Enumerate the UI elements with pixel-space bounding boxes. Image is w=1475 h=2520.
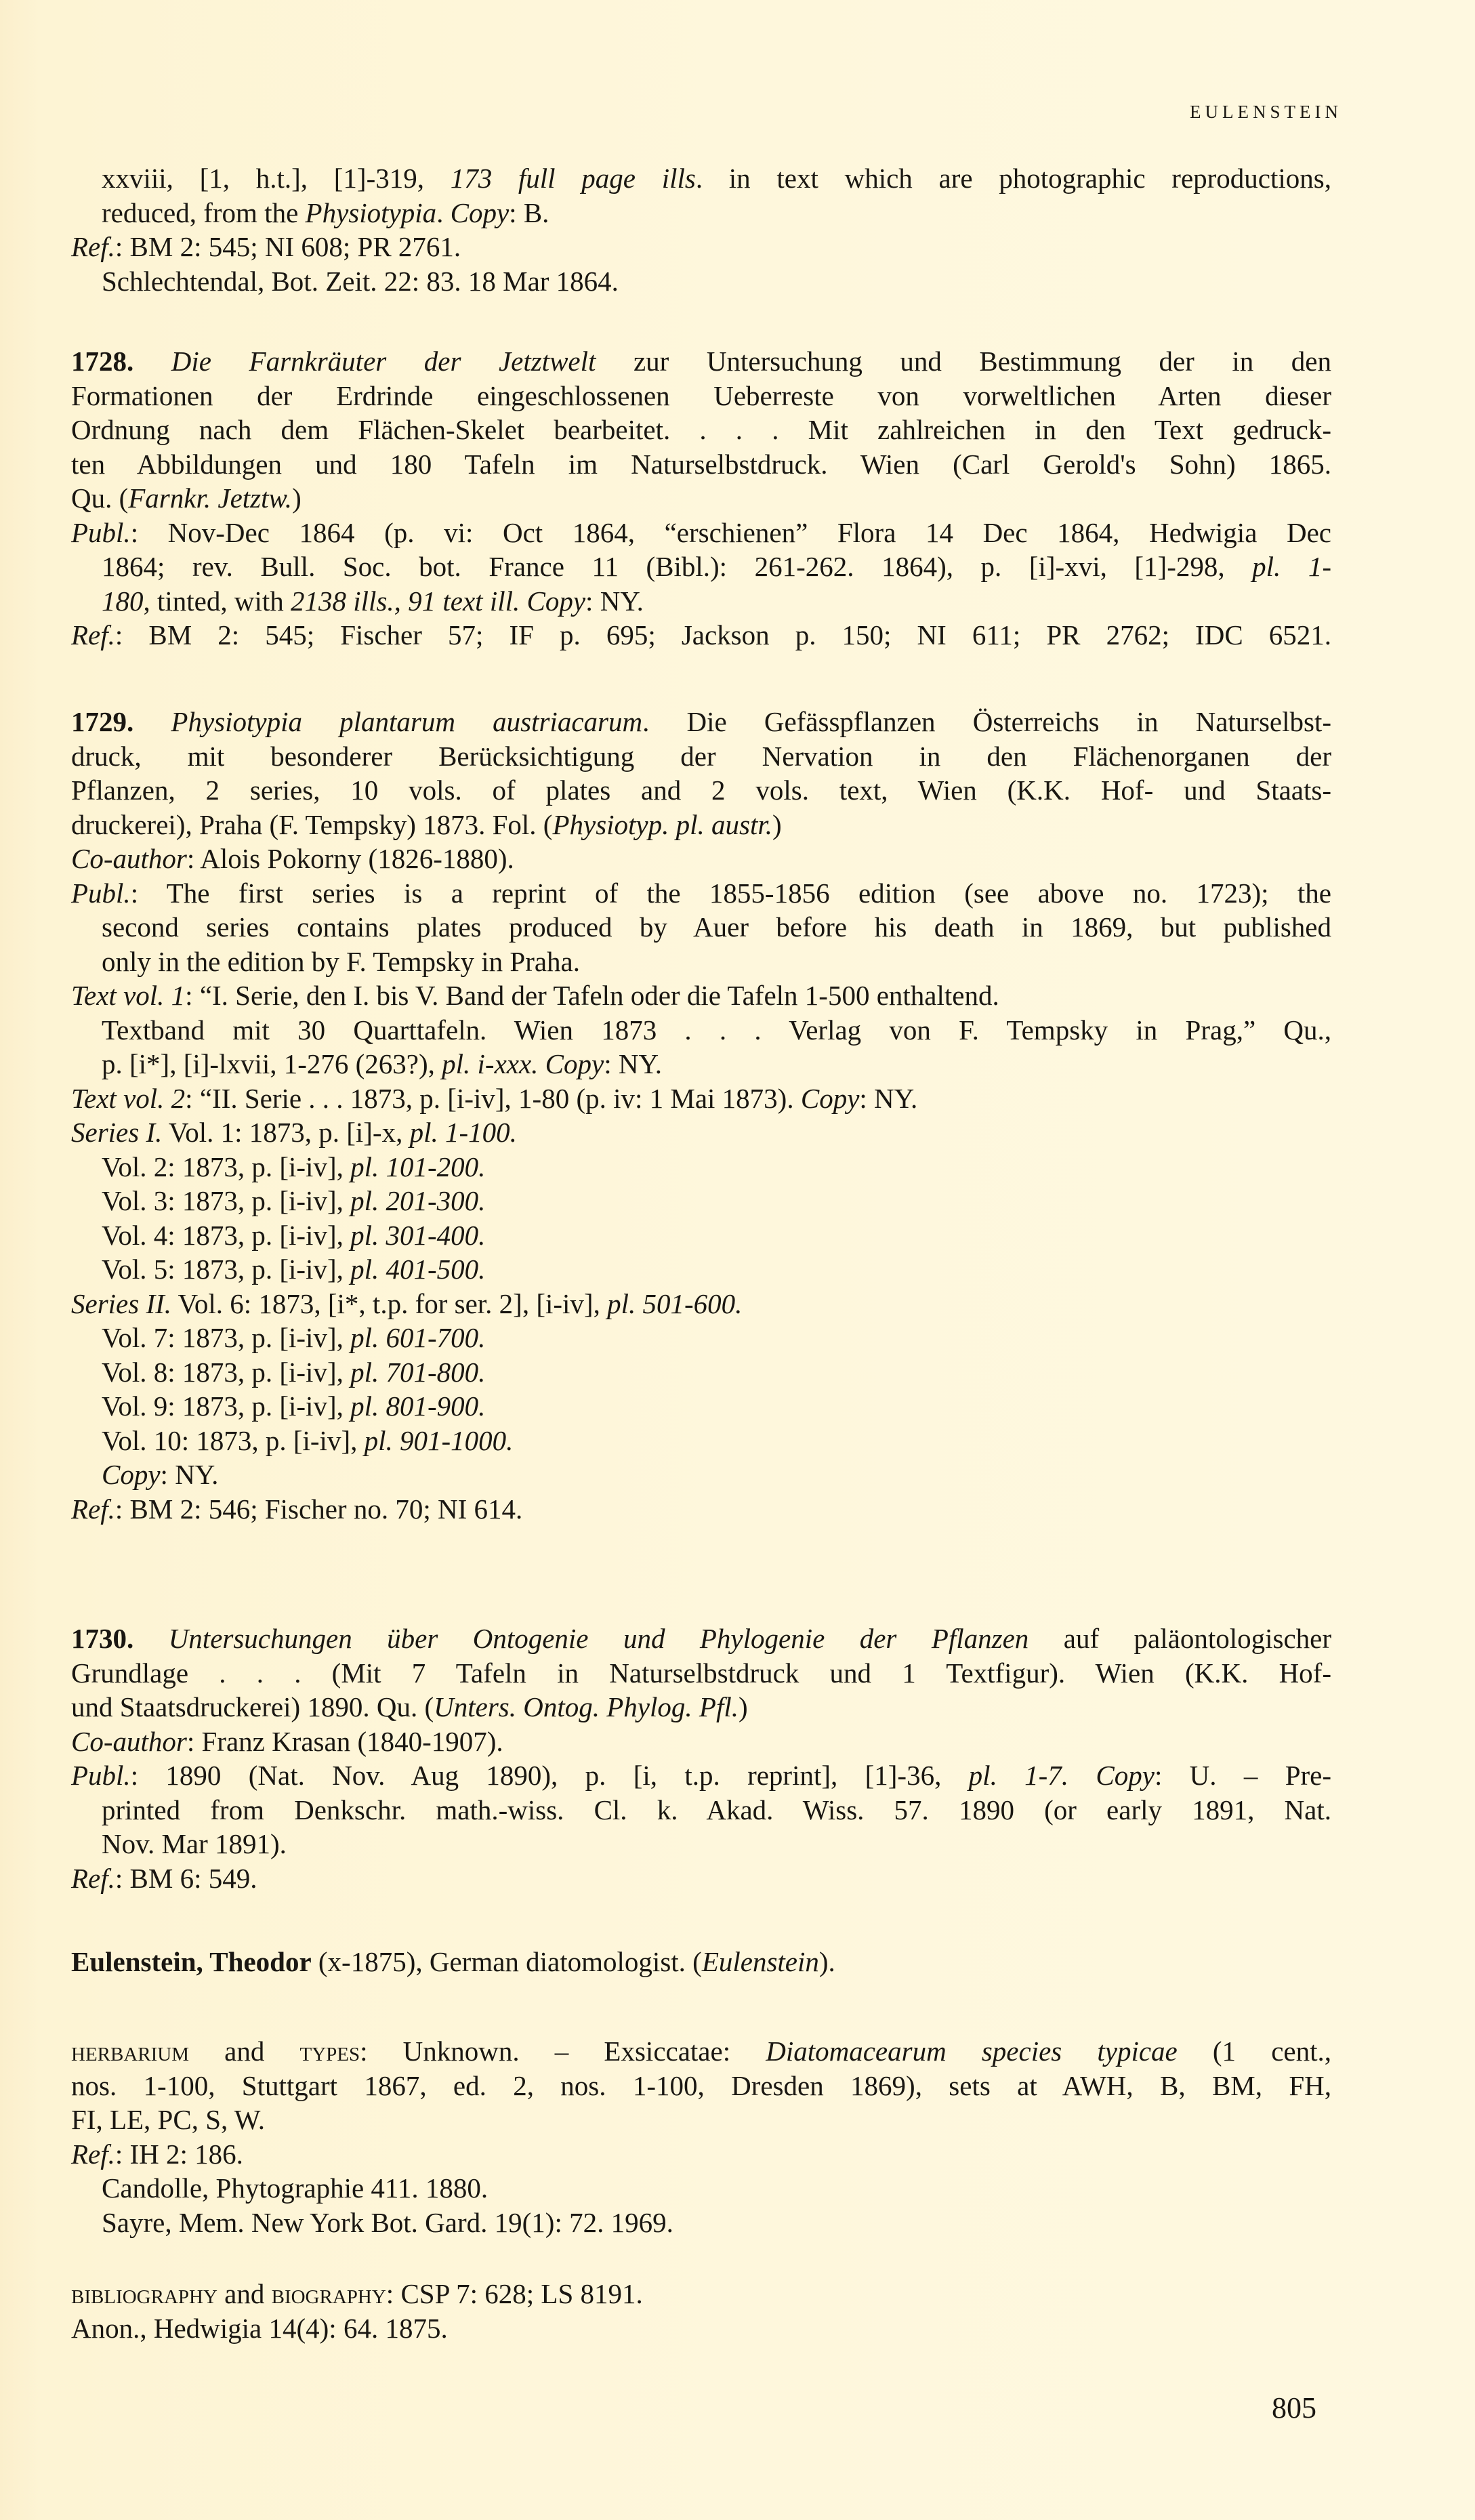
text-line: Grundlage . . . (Mit 7 Tafeln in Naturse… bbox=[71, 1656, 1331, 1691]
series-line: Vol. 7: 1873, p. [i-iv], pl. 601-700. bbox=[71, 1321, 1331, 1355]
text-line: Formationen der Erdrinde eingeschlossene… bbox=[71, 379, 1331, 413]
text-line: druck, mit besonderer Berücksichtigung d… bbox=[71, 739, 1331, 774]
ref-line: Ref.: BM 2: 545; NI 608; PR 2761. bbox=[71, 230, 1331, 264]
ref-line: Ref.: BM 2: 546; Fischer no. 70; NI 614. bbox=[71, 1492, 1331, 1527]
copy-line: Copy: NY. bbox=[71, 1458, 1331, 1492]
entry-1729: 1729. Physiotypia plantarum austriacarum… bbox=[71, 705, 1331, 1526]
entry-1728: 1728. Die Farnkräuter der Jetztwelt zur … bbox=[71, 344, 1331, 653]
coauthor-line: Co-author: Franz Krasan (1840-1907). bbox=[71, 1724, 1331, 1759]
series-line: Vol. 3: 1873, p. [i-iv], pl. 201-300. bbox=[71, 1184, 1331, 1218]
text-line: Textband mit 30 Quarttafeln. Wien 1873 .… bbox=[71, 1013, 1331, 1048]
entry-heading: 1728. Die Farnkräuter der Jetztwelt zur … bbox=[71, 344, 1331, 379]
running-head: EULENSTEIN bbox=[1190, 102, 1342, 123]
book-page: EULENSTEIN xxviii, [1, h.t.], [1]-319, 1… bbox=[0, 0, 1475, 2520]
text-line: 1864; rev. Bull. Soc. bot. France 11 (Bi… bbox=[71, 550, 1331, 584]
entry-heading: 1729. Physiotypia plantarum austriacarum… bbox=[71, 705, 1331, 739]
text-line: FI, LE, PC, S, W. bbox=[71, 2103, 1331, 2137]
text-line: p. [i*], [i]-lxvii, 1-276 (263?), pl. i-… bbox=[71, 1047, 1331, 1081]
series-line: Vol. 5: 1873, p. [i-iv], pl. 401-500. bbox=[71, 1252, 1331, 1287]
text-line: Anon., Hedwigia 14(4): 64. 1875. bbox=[71, 2311, 1331, 2346]
author-entry: Eulenstein, Theodor (x-1875), German dia… bbox=[71, 1945, 1331, 1979]
text-line: ten Abbildungen und 180 Tafeln im Naturs… bbox=[71, 447, 1331, 482]
bibliography-block: Bibliography and Biography: CSP 7: 628; … bbox=[71, 2277, 1331, 2345]
author-name: Eulenstein, Theodor bbox=[71, 1946, 312, 1977]
text-line: Schlechtendal, Bot. Zeit. 22: 83. 18 Mar… bbox=[71, 264, 1331, 299]
text-line: und Staatsdruckerei) 1890. Qu. (Unters. … bbox=[71, 1690, 1331, 1724]
entry-1730: 1730. Untersuchungen über Ontogenie und … bbox=[71, 1622, 1331, 1895]
ref-line: Ref.: BM 6: 549. bbox=[71, 1861, 1331, 1896]
text-line: only in the edition by F. Tempsky in Pra… bbox=[71, 945, 1331, 979]
page-number: 805 bbox=[1272, 2391, 1316, 2425]
series-line: Vol. 2: 1873, p. [i-iv], pl. 101-200. bbox=[71, 1150, 1331, 1184]
text-line: printed from Denkschr. math.-wiss. Cl. k… bbox=[71, 1793, 1331, 1827]
series-line: Series I. Vol. 1: 1873, p. [i]-x, pl. 1-… bbox=[71, 1115, 1331, 1150]
text-line: Candolle, Phytographie 411. 1880. bbox=[71, 2171, 1331, 2206]
text-line: Nov. Mar 1891). bbox=[71, 1827, 1331, 1861]
text-line: reduced, from the Physiotypia. Copy: B. bbox=[71, 196, 1331, 230]
text-vol-2-line: Text vol. 2: “II. Serie . . . 1873, p. [… bbox=[71, 1081, 1331, 1116]
coauthor-line: Co-author: Alois Pokorny (1826-1880). bbox=[71, 842, 1331, 876]
bibliography-line: Bibliography and Biography: CSP 7: 628; … bbox=[71, 2277, 1331, 2311]
text-line: nos. 1-100, Stuttgart 1867, ed. 2, nos. … bbox=[71, 2069, 1331, 2103]
text-line: Pflanzen, 2 series, 10 vols. of plates a… bbox=[71, 773, 1331, 808]
text-vol-1-line: Text vol. 1: “I. Serie, den I. bis V. Ba… bbox=[71, 978, 1331, 1013]
text-line: xxviii, [1, h.t.], [1]-319, 173 full pag… bbox=[71, 161, 1331, 196]
herbarium-line: Herbarium and Types: Unknown. – Exsiccat… bbox=[71, 2034, 1331, 2069]
ref-line: Ref.: BM 2: 545; Fischer 57; IF p. 695; … bbox=[71, 618, 1331, 653]
author-heading: Eulenstein, Theodor (x-1875), German dia… bbox=[71, 1945, 1331, 1979]
publ-line: Publ.: 1890 (Nat. Nov. Aug 1890), p. [i,… bbox=[71, 1758, 1331, 1793]
series-line: Vol. 10: 1873, p. [i-iv], pl. 901-1000. bbox=[71, 1424, 1331, 1458]
ref-line: Ref.: IH 2: 186. bbox=[71, 2137, 1331, 2172]
continuation-block: xxviii, [1, h.t.], [1]-319, 173 full pag… bbox=[71, 161, 1331, 298]
herbarium-block: Herbarium and Types: Unknown. – Exsiccat… bbox=[71, 2034, 1331, 2239]
publ-line: Publ.: The first series is a reprint of … bbox=[71, 876, 1331, 911]
series-line: Vol. 4: 1873, p. [i-iv], pl. 301-400. bbox=[71, 1218, 1331, 1253]
text-line: Sayre, Mem. New York Bot. Gard. 19(1): 7… bbox=[71, 2206, 1331, 2240]
text-line: Ordnung nach dem Flächen-Skelet bearbeit… bbox=[71, 413, 1331, 447]
publ-line: Publ.: Nov-Dec 1864 (p. vi: Oct 1864, “e… bbox=[71, 516, 1331, 550]
series-line: Series II. Vol. 6: 1873, [i*, t.p. for s… bbox=[71, 1287, 1331, 1321]
text-line: 180, tinted, with 2138 ills., 91 text il… bbox=[71, 584, 1331, 619]
series-line: Vol. 9: 1873, p. [i-iv], pl. 801-900. bbox=[71, 1389, 1331, 1424]
text-line: druckerei), Praha (F. Tempsky) 1873. Fol… bbox=[71, 808, 1331, 842]
text-line: Qu. (Farnkr. Jetztw.) bbox=[71, 481, 1331, 516]
text-line: second series contains plates produced b… bbox=[71, 910, 1331, 945]
entry-heading: 1730. Untersuchungen über Ontogenie und … bbox=[71, 1622, 1331, 1656]
series-line: Vol. 8: 1873, p. [i-iv], pl. 701-800. bbox=[71, 1355, 1331, 1390]
